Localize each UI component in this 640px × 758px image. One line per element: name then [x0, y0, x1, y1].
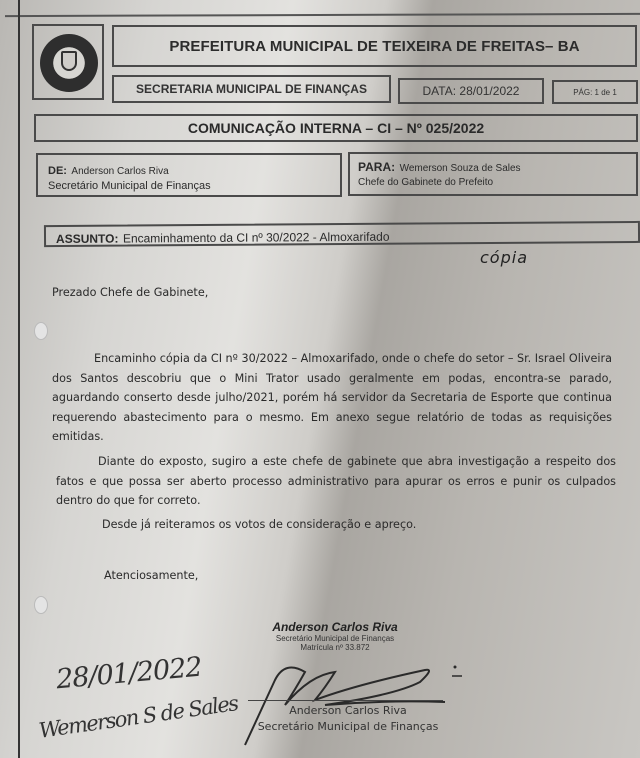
subject-box: ASSUNTO: Encaminhamento da CI nº 30/2022…: [44, 221, 640, 247]
stamp-name: Anderson Carlos Riva: [260, 620, 410, 634]
body-paragraph-3: Desde já reiteramos os votos de consider…: [102, 515, 416, 535]
to-role: Chefe do Gabinete do Prefeito: [358, 177, 636, 188]
date-box: DATA: 28/01/2022: [398, 78, 544, 104]
logo-box: [32, 24, 104, 100]
closing: Atenciosamente,: [104, 566, 198, 586]
punch-hole: [34, 596, 48, 614]
shield-icon: [61, 51, 77, 71]
body-paragraph-1: Encaminho cópia da CI nº 30/2022 – Almox…: [52, 349, 612, 447]
document-id-box: COMUNICAÇÃO INTERNA – CI – Nº 025/2022: [34, 114, 638, 142]
subject-value: Encaminhamento da CI nº 30/2022 - Almoxa…: [123, 230, 390, 246]
document-date: DATA: 28/01/2022: [423, 84, 520, 98]
to-box: PARA: Wemerson Souza de Sales Chefe do G…: [348, 152, 638, 196]
page-number: PÁG: 1 de 1: [573, 88, 617, 97]
paragraph-1-text: Encaminho cópia da CI nº 30/2022 – Almox…: [52, 352, 612, 443]
municipal-seal-icon: [40, 34, 98, 92]
left-page-edge: [18, 0, 20, 758]
top-rule: [5, 13, 640, 17]
from-name: Anderson Carlos Riva: [71, 166, 168, 177]
subject-label: ASSUNTO:: [56, 232, 119, 246]
to-name: Wemerson Souza de Sales: [400, 163, 521, 174]
salutation: Prezado Chefe de Gabinete,: [52, 283, 208, 303]
signatory-role: Secretário Municipal de Finanças: [248, 719, 448, 735]
document-id: COMUNICAÇÃO INTERNA – CI – Nº 025/2022: [188, 120, 484, 136]
stamp-role: Secretário Municipal de Finanças: [260, 634, 410, 643]
department-box: SECRETARIA MUNICIPAL DE FINANÇAS: [112, 75, 391, 103]
handwritten-copy-mark: cópia: [480, 248, 528, 267]
from-label: DE:: [48, 165, 67, 177]
department-name: SECRETARIA MUNICIPAL DE FINANÇAS: [136, 82, 367, 96]
signature-caption: Anderson Carlos Riva Secretário Municipa…: [248, 703, 448, 735]
punch-hole: [34, 322, 48, 340]
paragraph-2-text: Diante do exposto, sugiro a este chefe d…: [56, 455, 616, 507]
from-role: Secretário Municipal de Finanças: [48, 180, 340, 192]
document-page: PREFEITURA MUNICIPAL DE TEIXEIRA DE FREI…: [0, 0, 640, 758]
municipality-title: PREFEITURA MUNICIPAL DE TEIXEIRA DE FREI…: [169, 38, 579, 55]
handwritten-receipt-date: 28/01/2022: [55, 652, 203, 696]
header-title-box: PREFEITURA MUNICIPAL DE TEIXEIRA DE FREI…: [112, 25, 637, 67]
handwritten-receipt-name: Wemerson S de Sales: [37, 691, 239, 743]
to-label: PARA:: [358, 160, 395, 174]
signatory-name: Anderson Carlos Riva: [248, 703, 448, 719]
from-box: DE: Anderson Carlos Riva Secretário Muni…: [36, 153, 342, 197]
body-paragraph-2: Diante do exposto, sugiro a este chefe d…: [56, 452, 616, 511]
signature-stamp: Anderson Carlos Riva Secretário Municipa…: [260, 620, 410, 652]
signature-line: [248, 700, 443, 701]
page-number-box: PÁG: 1 de 1: [552, 80, 638, 104]
